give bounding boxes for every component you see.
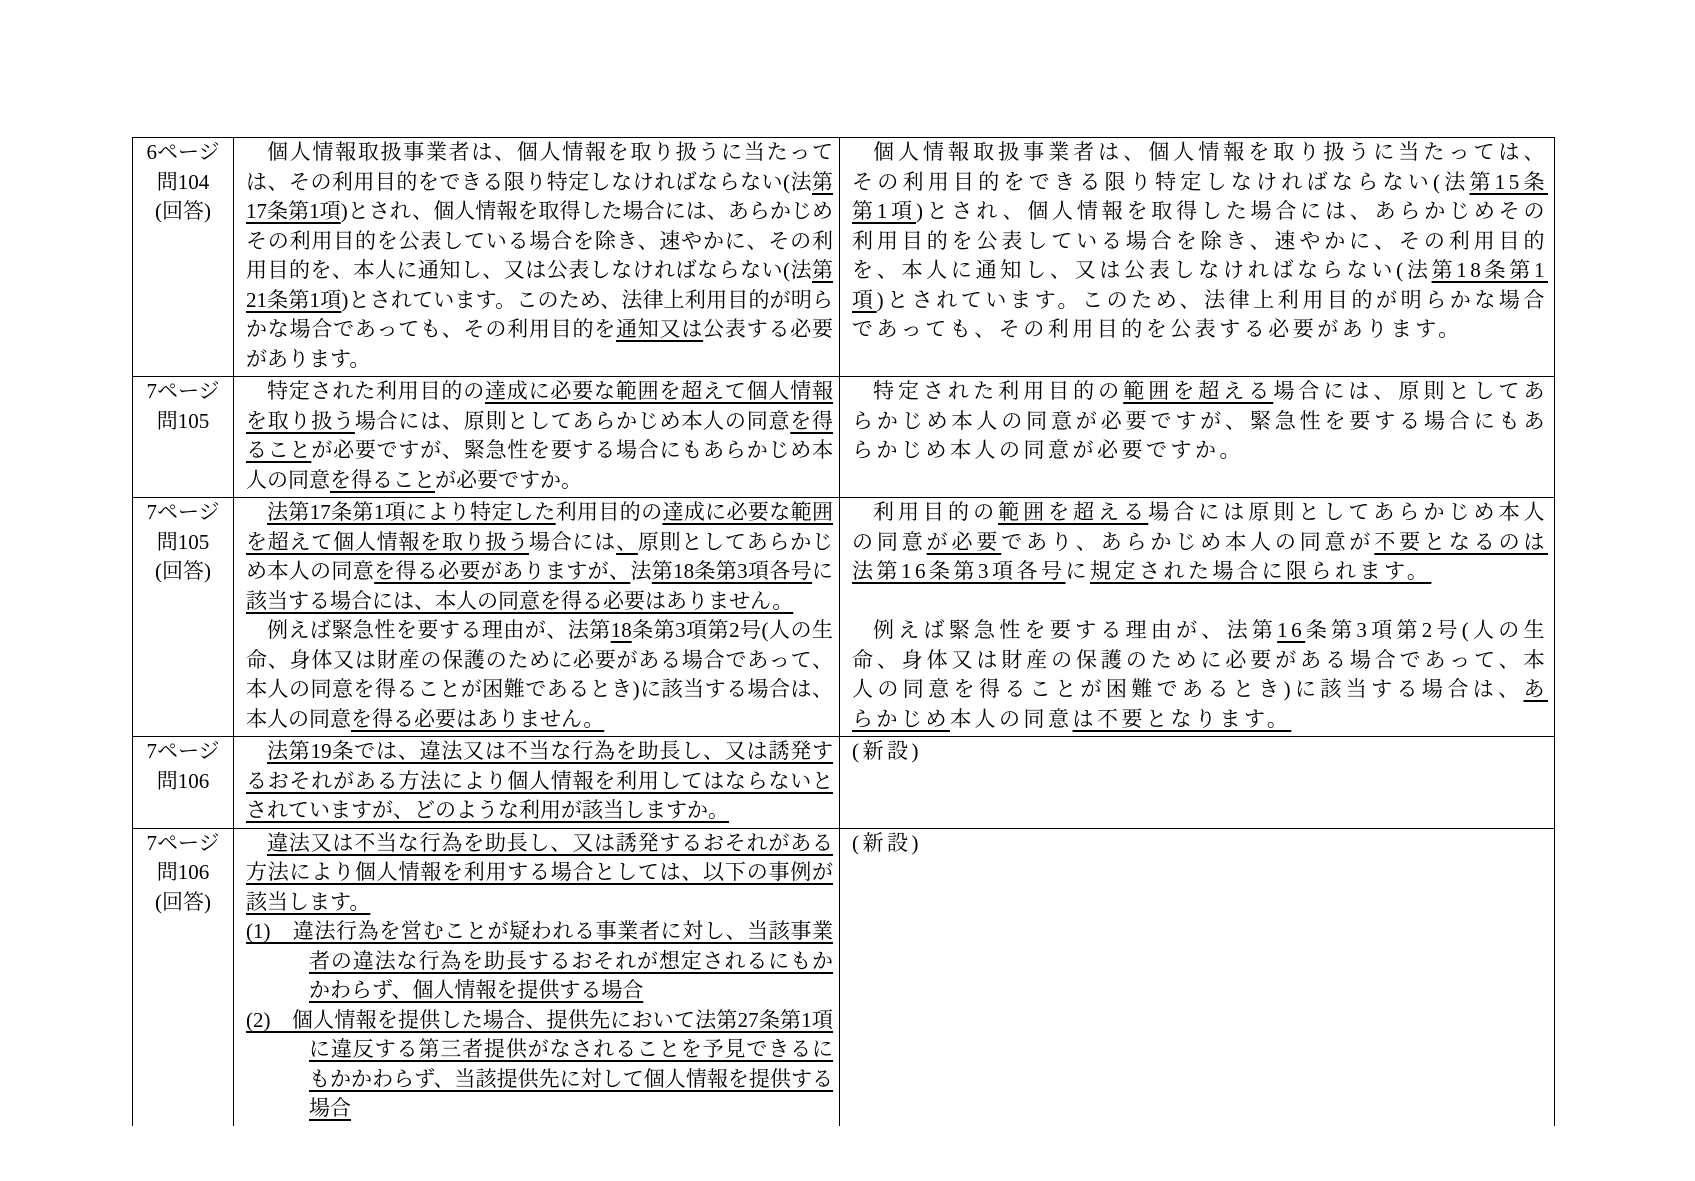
- text-segment: (新設): [852, 739, 922, 763]
- paragraph: 例えば緊急性を要する理由が、法第16条第3項第2号(人の生命、身体又は財産の保護…: [852, 616, 1548, 734]
- text-segment: )とされています。このため、法律上利用目的が明らかな場合であっても、その利用目的…: [852, 288, 1548, 342]
- new-text-cell: 個人情報取扱事業者は、個人情報を取り扱うに当たっては、その利用目的をできる限り特…: [233, 138, 839, 376]
- text-segment: 特定された利用目的の: [267, 379, 485, 403]
- changed-text: は不要となります。: [1073, 707, 1292, 731]
- paragraph: 例えば緊急性を要する理由が、法第18条第3項第2号(人の生命、身体又は財産の保護…: [246, 616, 833, 734]
- comparison-table: 6ページ問104(回答)個人情報取扱事業者は、個人情報を取り扱うに当たっては、そ…: [132, 137, 1555, 1126]
- row-label-line: 7ページ: [135, 498, 231, 528]
- changed-text: 違法又は不当な行為を助長し、又は誘発するおそれがある方法により個人情報を利用する…: [246, 831, 833, 914]
- new-text-cell: 法第19条では、違法又は不当な行為を助長し、又は誘発するおそれがある方法により個…: [233, 737, 839, 828]
- text-segment: 個人情報取扱事業者は、個人情報を取り扱うに当たっては、その利用目的をできる限り特…: [246, 140, 833, 194]
- table-row: 7ページ問106(回答)違法又は不当な行為を助長し、又は誘発するおそれがある方法…: [133, 829, 1554, 1126]
- paragraph: 特定された利用目的の範囲を超える場合には、原則としてあらかじめ本人の同意が必要で…: [852, 377, 1548, 466]
- paragraph: (新設): [852, 829, 1548, 859]
- changed-text: 該当する場合には、本人の同意を得る必要はありません。: [246, 589, 793, 613]
- changed-text: 規定された場合に限られます。: [1090, 559, 1431, 583]
- row-label-line: 問104: [135, 168, 231, 198]
- text-segment: 場合には: [529, 530, 616, 554]
- new-text-cell: 法第17条第1項により特定した利用目的の達成に必要な範囲を超えて個人情報を取り扱…: [233, 498, 839, 736]
- table-row: 7ページ問106法第19条では、違法又は不当な行為を助長し、又は誘発するおそれが…: [133, 737, 1554, 829]
- row-label-line: 問106: [135, 767, 231, 797]
- changed-text: 第18条第3項各号: [652, 559, 812, 583]
- paragraph: 個人情報取扱事業者は、個人情報を取り扱うに当たっては、その利用目的をできる限り特…: [852, 138, 1548, 345]
- changed-text: 通知又は: [616, 317, 703, 341]
- paragraph: 法第17条第1項により特定した利用目的の達成に必要な範囲を超えて個人情報を取り扱…: [246, 498, 833, 616]
- old-text-cell: 特定された利用目的の範囲を超える場合には、原則としてあらかじめ本人の同意が必要で…: [839, 377, 1554, 497]
- row-label-cell: 7ページ問106(回答): [133, 829, 233, 1126]
- changed-text: 、: [616, 530, 638, 554]
- text-segment: 利用目的の: [873, 500, 998, 524]
- text-segment: 法: [630, 559, 651, 583]
- old-text-cell: 個人情報取扱事業者は、個人情報を取り扱うに当たっては、その利用目的をできる限り特…: [839, 138, 1554, 376]
- row-label-line: 7ページ: [135, 737, 231, 767]
- paragraph: 個人情報取扱事業者は、個人情報を取り扱うに当たっては、その利用目的をできる限り特…: [246, 138, 833, 374]
- row-label-cell: 6ページ問104(回答): [133, 138, 233, 376]
- text-segment: が必要ですか。: [435, 468, 582, 492]
- changed-text: 18: [611, 618, 632, 642]
- paragraph: (2) 個人情報を提供した場合、提供先において法第27条第1項に違反する第三者提…: [246, 1006, 833, 1124]
- paragraph: 特定された利用目的の達成に必要な範囲を超えて個人情報を取り扱う場合には、原則とし…: [246, 377, 833, 495]
- paragraph: (1) 違法行為を営むことが疑われる事業者に対し、当該事業者の違法な行為を助長す…: [246, 917, 833, 1006]
- text-segment: に: [1066, 559, 1091, 583]
- row-label-line: 6ページ: [135, 138, 231, 168]
- new-text-cell: 違法又は不当な行為を助長し、又は誘発するおそれがある方法により個人情報を利用する…: [233, 829, 839, 1126]
- row-label-line: 問106: [135, 858, 231, 888]
- old-text-cell: 利用目的の範囲を超える場合には原則としてあらかじめ本人の同意が必要であり、あらか…: [839, 498, 1554, 736]
- old-text-cell: (新設): [839, 737, 1554, 828]
- text-segment: 場合には、原則としてあらかじめ本人の同意: [355, 409, 790, 433]
- table-row: 6ページ問104(回答)個人情報取扱事業者は、個人情報を取り扱うに当たっては、そ…: [133, 138, 1554, 377]
- changed-text: 16: [1277, 618, 1305, 642]
- changed-text: を得る必要がありますが、: [374, 559, 630, 583]
- row-label-line: 7ページ: [135, 377, 231, 407]
- row-label-line: (回答): [135, 197, 231, 227]
- document-page: 6ページ問104(回答)個人情報取扱事業者は、個人情報を取り扱うに当たっては、そ…: [0, 0, 1695, 1181]
- text-segment: 特定された利用目的の: [873, 379, 1123, 403]
- text-segment: 例えば緊急性を要する理由が、法第: [873, 618, 1277, 642]
- changed-text: を得ること: [330, 468, 435, 492]
- text-segment: 例えば緊急性を要する理由が、法第: [267, 618, 611, 642]
- changed-text: 法第17条第1項により特定した: [267, 500, 556, 524]
- row-label-line: 問105: [135, 528, 231, 558]
- row-label-cell: 7ページ問105(回答): [133, 498, 233, 736]
- changed-text: (2) 個人情報を提供した場合、提供先において法第27条第1項に違反する第三者提…: [246, 1008, 833, 1121]
- text-segment: 個人情報取扱事業者は、個人情報を取り扱うに当たっては、その利用目的をできる限り特…: [852, 140, 1548, 194]
- changed-text: 法第19条では、違法又は不当な行為を助長し、又は誘発するおそれがある方法により個…: [246, 739, 833, 822]
- row-label-cell: 7ページ問105: [133, 377, 233, 497]
- paragraph: 利用目的の範囲を超える場合には原則としてあらかじめ本人の同意が必要であり、あらか…: [852, 498, 1548, 587]
- paragraph: [852, 587, 1548, 617]
- row-label-line: (回答): [135, 888, 231, 918]
- row-label-line: 7ページ: [135, 829, 231, 859]
- new-text-cell: 特定された利用目的の達成に必要な範囲を超えて個人情報を取り扱う場合には、原則とし…: [233, 377, 839, 497]
- paragraph: 法第19条では、違法又は不当な行為を助長し、又は誘発するおそれがある方法により個…: [246, 737, 833, 826]
- text-segment: 本人の同意: [950, 707, 1073, 731]
- old-text-cell: (新設): [839, 829, 1554, 1126]
- text-segment: (新設): [852, 831, 922, 855]
- row-label-line: 問105: [135, 407, 231, 437]
- text-segment: 利用目的の: [556, 500, 663, 524]
- paragraph: 違法又は不当な行為を助長し、又は誘発するおそれがある方法により個人情報を利用する…: [246, 829, 833, 918]
- changed-text: が必要: [927, 530, 1002, 554]
- table-row: 7ページ問105(回答)法第17条第1項により特定した利用目的の達成に必要な範囲…: [133, 498, 1554, 737]
- row-label-line: (回答): [135, 557, 231, 587]
- text-segment: であり、あらかじめ本人の同意が: [1001, 530, 1374, 554]
- table-row: 7ページ問105特定された利用目的の達成に必要な範囲を超えて個人情報を取り扱う場…: [133, 377, 1554, 498]
- changed-text: 範囲を超える: [1123, 379, 1273, 403]
- paragraph: (新設): [852, 737, 1548, 767]
- changed-text: 範囲を超える: [998, 500, 1148, 524]
- changed-text: (1) 違法行為を営むことが疑われる事業者に対し、当該事業者の違法な行為を助長す…: [246, 919, 833, 1002]
- row-label-cell: 7ページ問106: [133, 737, 233, 828]
- text-segment: に: [812, 559, 833, 583]
- changed-text: を得る必要はありません。: [351, 707, 604, 731]
